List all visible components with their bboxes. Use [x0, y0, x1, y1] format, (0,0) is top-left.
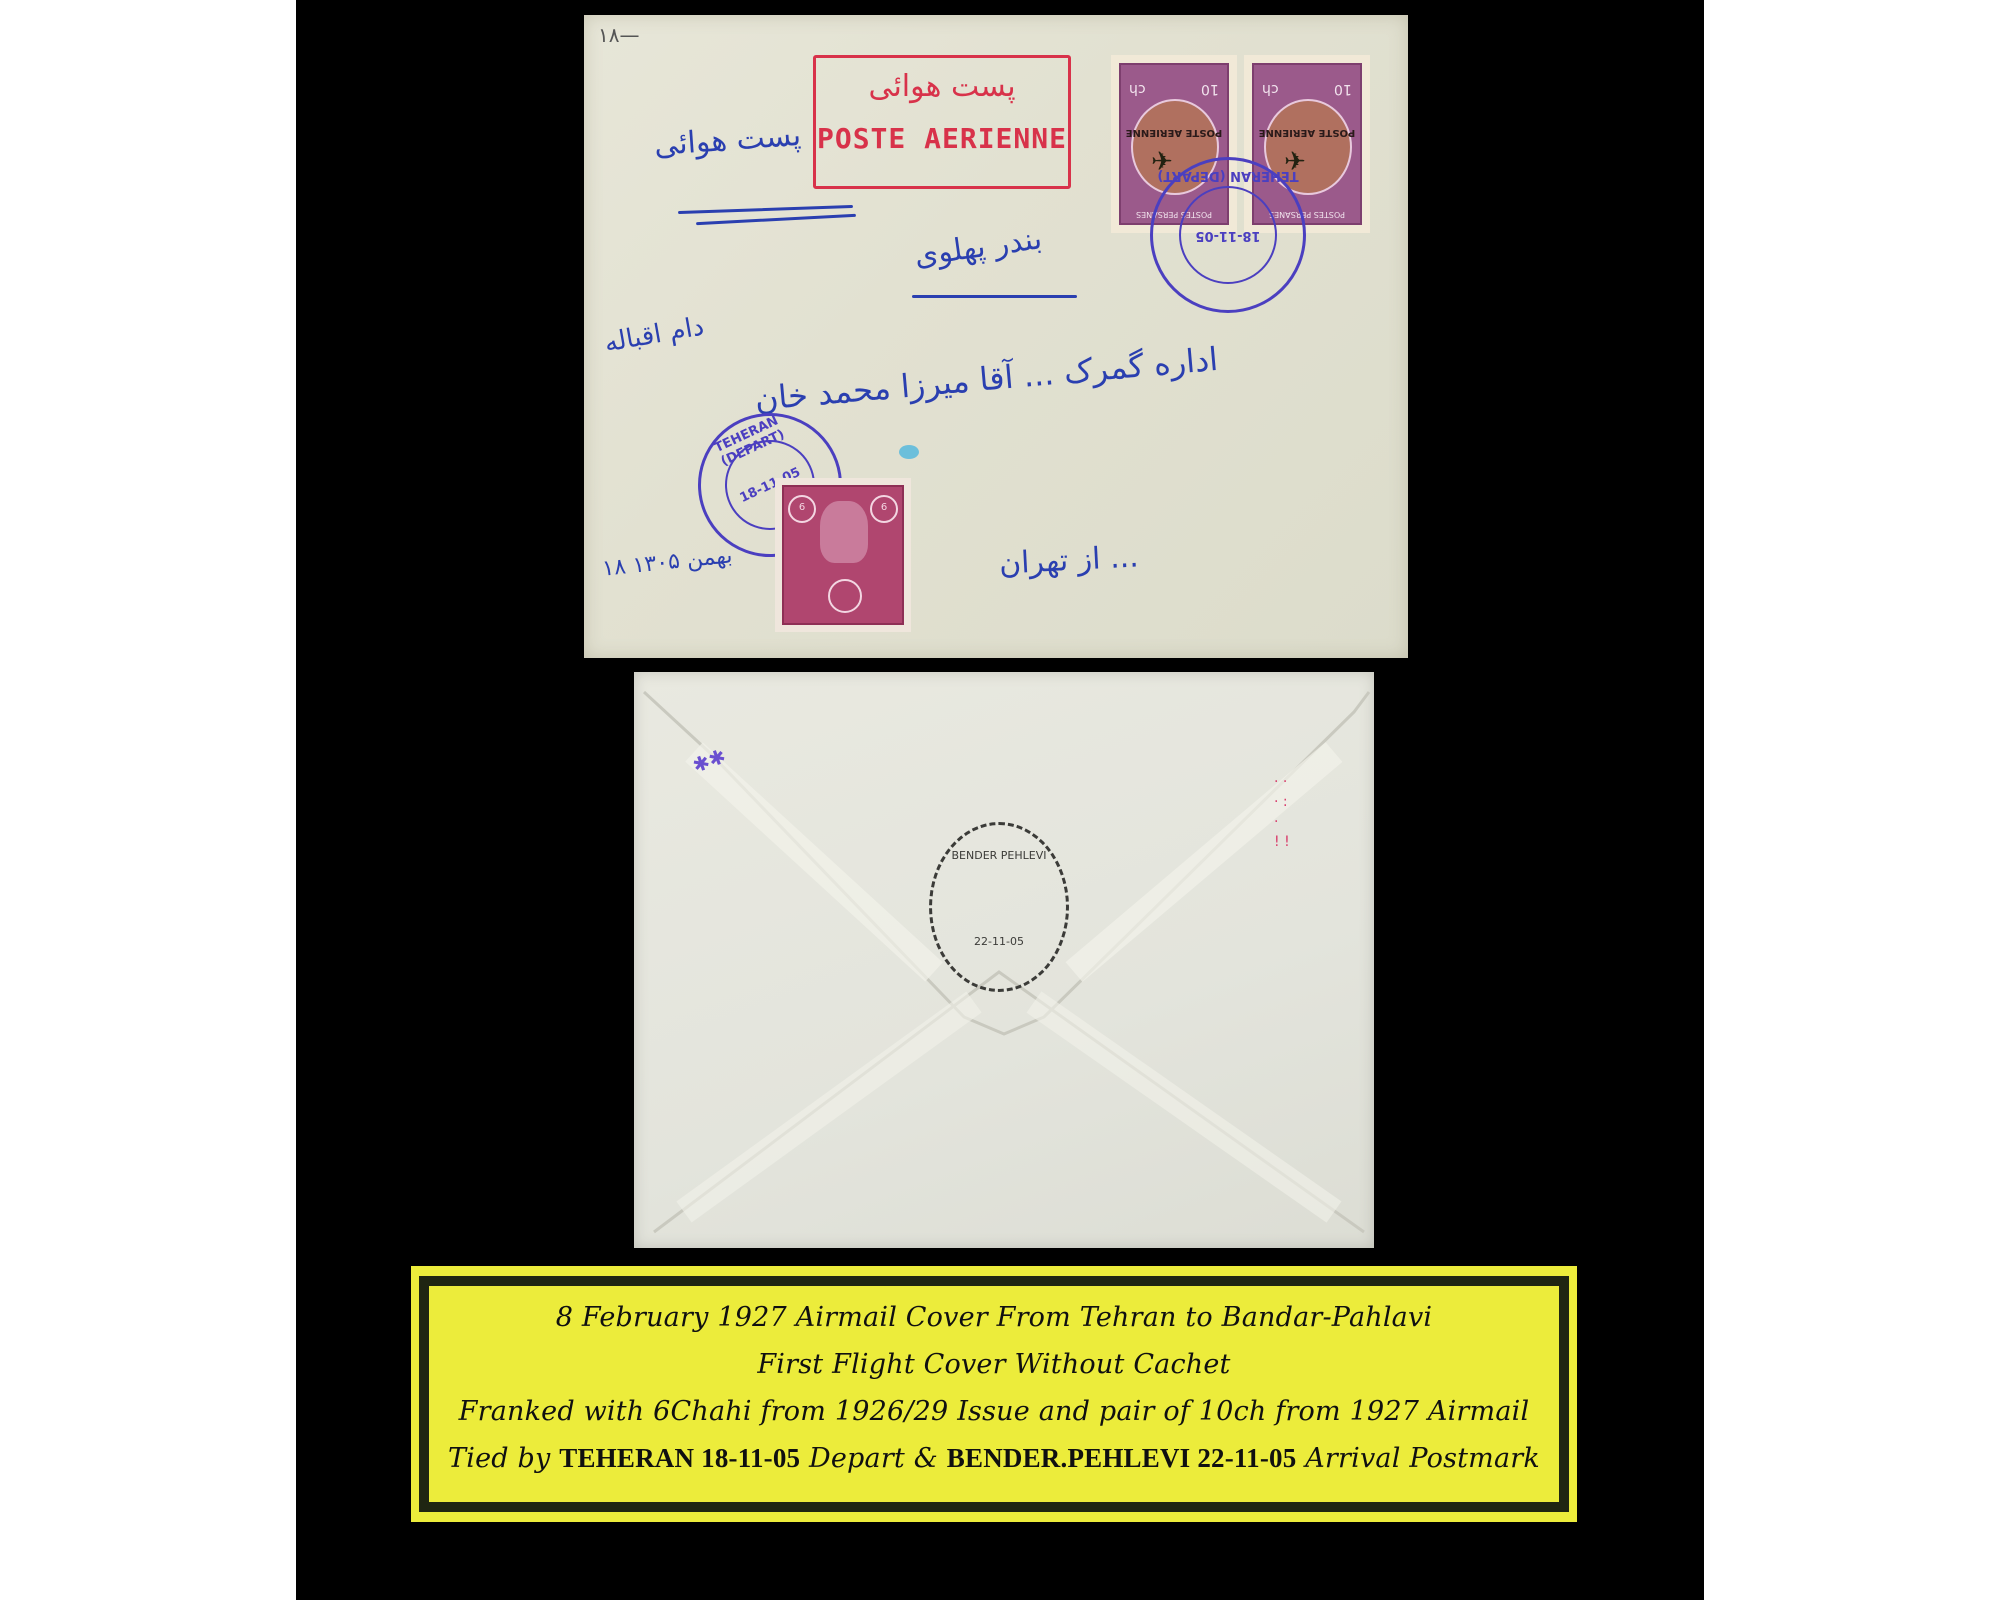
stamp-overprint: POSTE AERIENNE [1121, 127, 1227, 138]
caption-text: Tied by [448, 1443, 559, 1474]
arrival-postmark-date: 22-11-05 [932, 935, 1066, 948]
definitive-stamp-6ch: 6 6 [775, 478, 911, 632]
service-handwriting: پست هوائی [653, 118, 802, 163]
red-specks: · ·· :·! ! [1274, 772, 1314, 892]
envelope-front: ۱۸— پست هوائی POSTE AERIENNE پست هوائی ب… [584, 15, 1408, 658]
address-line-2: دام اقباله [602, 312, 706, 359]
caption-line-3: Franked with 6Chahi from 1926/29 Issue a… [411, 1388, 1577, 1435]
caption-line-4: Tied by TEHERAN 18-11-05 Depart & BENDER… [411, 1435, 1577, 1482]
caption-line-1: 8 February 1927 Airmail Cover From Tehra… [411, 1294, 1577, 1341]
postmark-date: 18-11-05 [1153, 228, 1303, 243]
stamp-unit: ch [1129, 81, 1146, 97]
caption-text: Arrival Postmark [1296, 1443, 1540, 1474]
arrival-postmark-text: BENDER PEHLEVI [932, 849, 1066, 862]
sender-handwriting: از تهران ... [998, 539, 1139, 581]
corner-note: ۱۸— [598, 23, 639, 47]
underline [696, 214, 856, 225]
underline [912, 295, 1077, 298]
caption-arrival-postmark: BENDER.PEHLEVI 22-11-05 [947, 1443, 1297, 1473]
ink-blot [899, 445, 919, 459]
arrival-postmark: BENDER PEHLEVI 22-11-05 [929, 822, 1069, 992]
caption-depart-postmark: TEHERAN 18-11-05 [559, 1443, 800, 1473]
destination-handwriting: بندر پهلوی [912, 221, 1044, 274]
postmark-city: TEHERAN (DEPART) [1153, 168, 1303, 183]
cachet-french-text: POSTE AERIENNE [816, 122, 1068, 155]
stamp-value: 10 [1201, 81, 1219, 97]
poste-aerienne-cachet: پست هوائی POSTE AERIENNE [813, 55, 1071, 189]
date-handwriting: ۱۸ بهمن ۱۳۰۵ [601, 543, 734, 582]
stamp-unit: ch [1262, 81, 1279, 97]
portrait-icon [820, 501, 868, 563]
caption-text: Depart & [800, 1443, 947, 1474]
cachet-persian-text: پست هوائی [816, 70, 1068, 104]
underline [678, 205, 853, 214]
stamp-overprint: POSTE AERIENNE [1254, 127, 1360, 138]
envelope-back: ✱✱ · ·· :·! ! BENDER PEHLEVI 22-11-05 [634, 672, 1374, 1248]
stamp-value: 10 [1334, 81, 1352, 97]
caption-line-2: First Flight Cover Without Cachet [411, 1341, 1577, 1388]
stamp-value: 6 [870, 495, 898, 523]
postmark-teheran-right: TEHERAN (DEPART) 18-11-05 [1150, 157, 1306, 313]
stamp-value: 6 [788, 495, 816, 523]
address-line-1: اداره گمرک ... آقا میرزا محمد خان [753, 340, 1219, 418]
stamp-medallion [828, 579, 862, 613]
caption-label: 8 February 1927 Airmail Cover From Tehra… [411, 1266, 1577, 1522]
